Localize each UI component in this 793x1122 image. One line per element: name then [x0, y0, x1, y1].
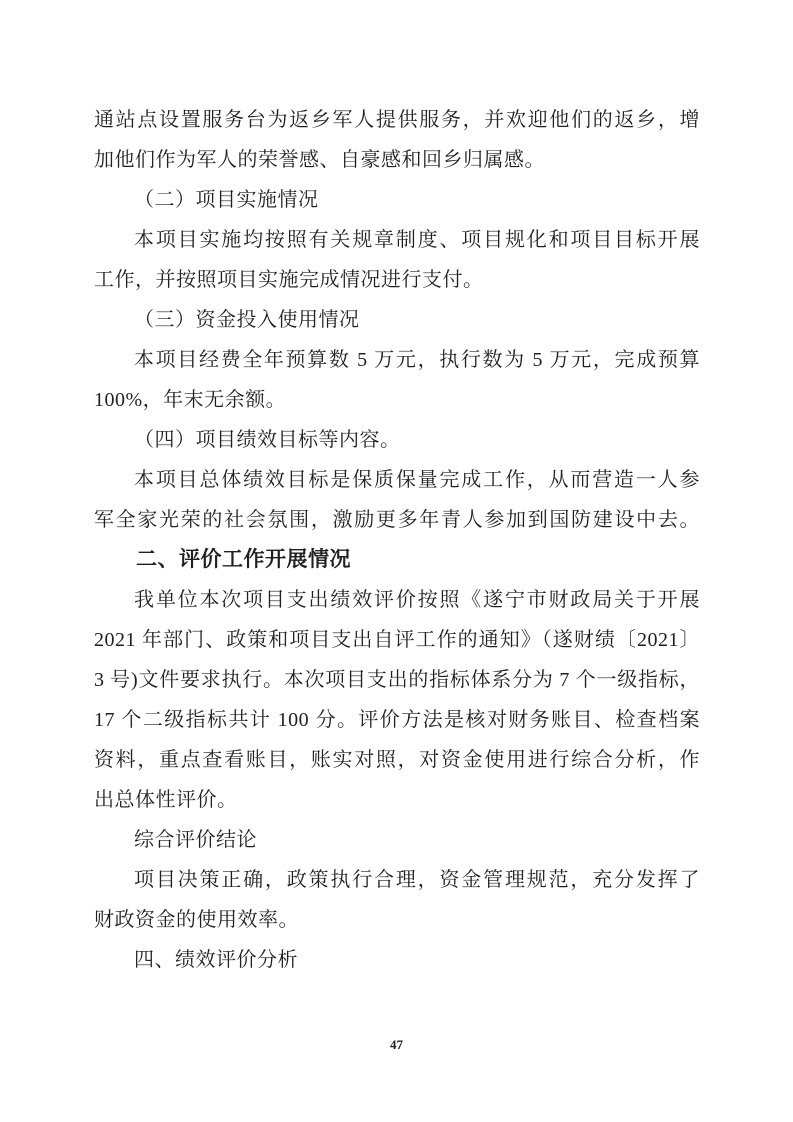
text-line: 本项目总体绩效目标是保质保量完成工作，从而营造一人参: [94, 460, 700, 500]
text-line: 100%，年末无余额。: [94, 380, 700, 420]
text-line: 本项目实施均按照有关规章制度、项目规化和项目目标开展: [94, 220, 700, 260]
text-line: （三）资金投入使用情况: [94, 300, 700, 340]
text-line: 财政资金的使用效率。: [94, 900, 700, 940]
text-line: （四）项目绩效目标等内容。: [94, 420, 700, 460]
text-line: 本项目经费全年预算数 5 万元，执行数为 5 万元，完成预算: [94, 340, 700, 380]
text-line: 加他们作为军人的荣誉感、自豪感和回乡归属感。: [94, 140, 700, 180]
page-number: 47: [390, 1037, 403, 1052]
text-line: 项目决策正确，政策执行合理，资金管理规范，充分发挥了: [94, 860, 700, 900]
text-line: 17 个二级指标共计 100 分。评价方法是核对财务账目、检查档案: [94, 700, 700, 740]
page-footer: 47: [0, 1036, 793, 1054]
text-line: 工作，并按照项目实施完成情况进行支付。: [94, 260, 700, 300]
section-heading: 二、评价工作开展情况: [94, 540, 700, 580]
text-line: 我单位本次项目支出绩效评价按照《遂宁市财政局关于开展: [94, 580, 700, 620]
text-line: 出总体性评价。: [94, 780, 700, 820]
text-line: 3 号)文件要求执行。本次项目支出的指标体系分为 7 个一级指标，: [94, 660, 700, 700]
text-line: （二）项目实施情况: [94, 180, 700, 220]
text-line: 综合评价结论: [94, 820, 700, 860]
text-line: 通站点设置服务台为返乡军人提供服务，并欢迎他们的返乡，增: [94, 100, 700, 140]
document-page: 通站点设置服务台为返乡军人提供服务，并欢迎他们的返乡，增加他们作为军人的荣誉感、…: [0, 0, 793, 1122]
text-line: 军全家光荣的社会氛围，激励更多年青人参加到国防建设中去。: [94, 500, 700, 540]
text-line: 资料，重点查看账目，账实对照，对资金使用进行综合分析，作: [94, 740, 700, 780]
text-line: 2021 年部门、政策和项目支出自评工作的通知》（遂财绩〔2021〕: [94, 620, 700, 660]
text-line: 四、绩效评价分析: [94, 940, 700, 980]
document-body: 通站点设置服务台为返乡军人提供服务，并欢迎他们的返乡，增加他们作为军人的荣誉感、…: [94, 100, 700, 980]
